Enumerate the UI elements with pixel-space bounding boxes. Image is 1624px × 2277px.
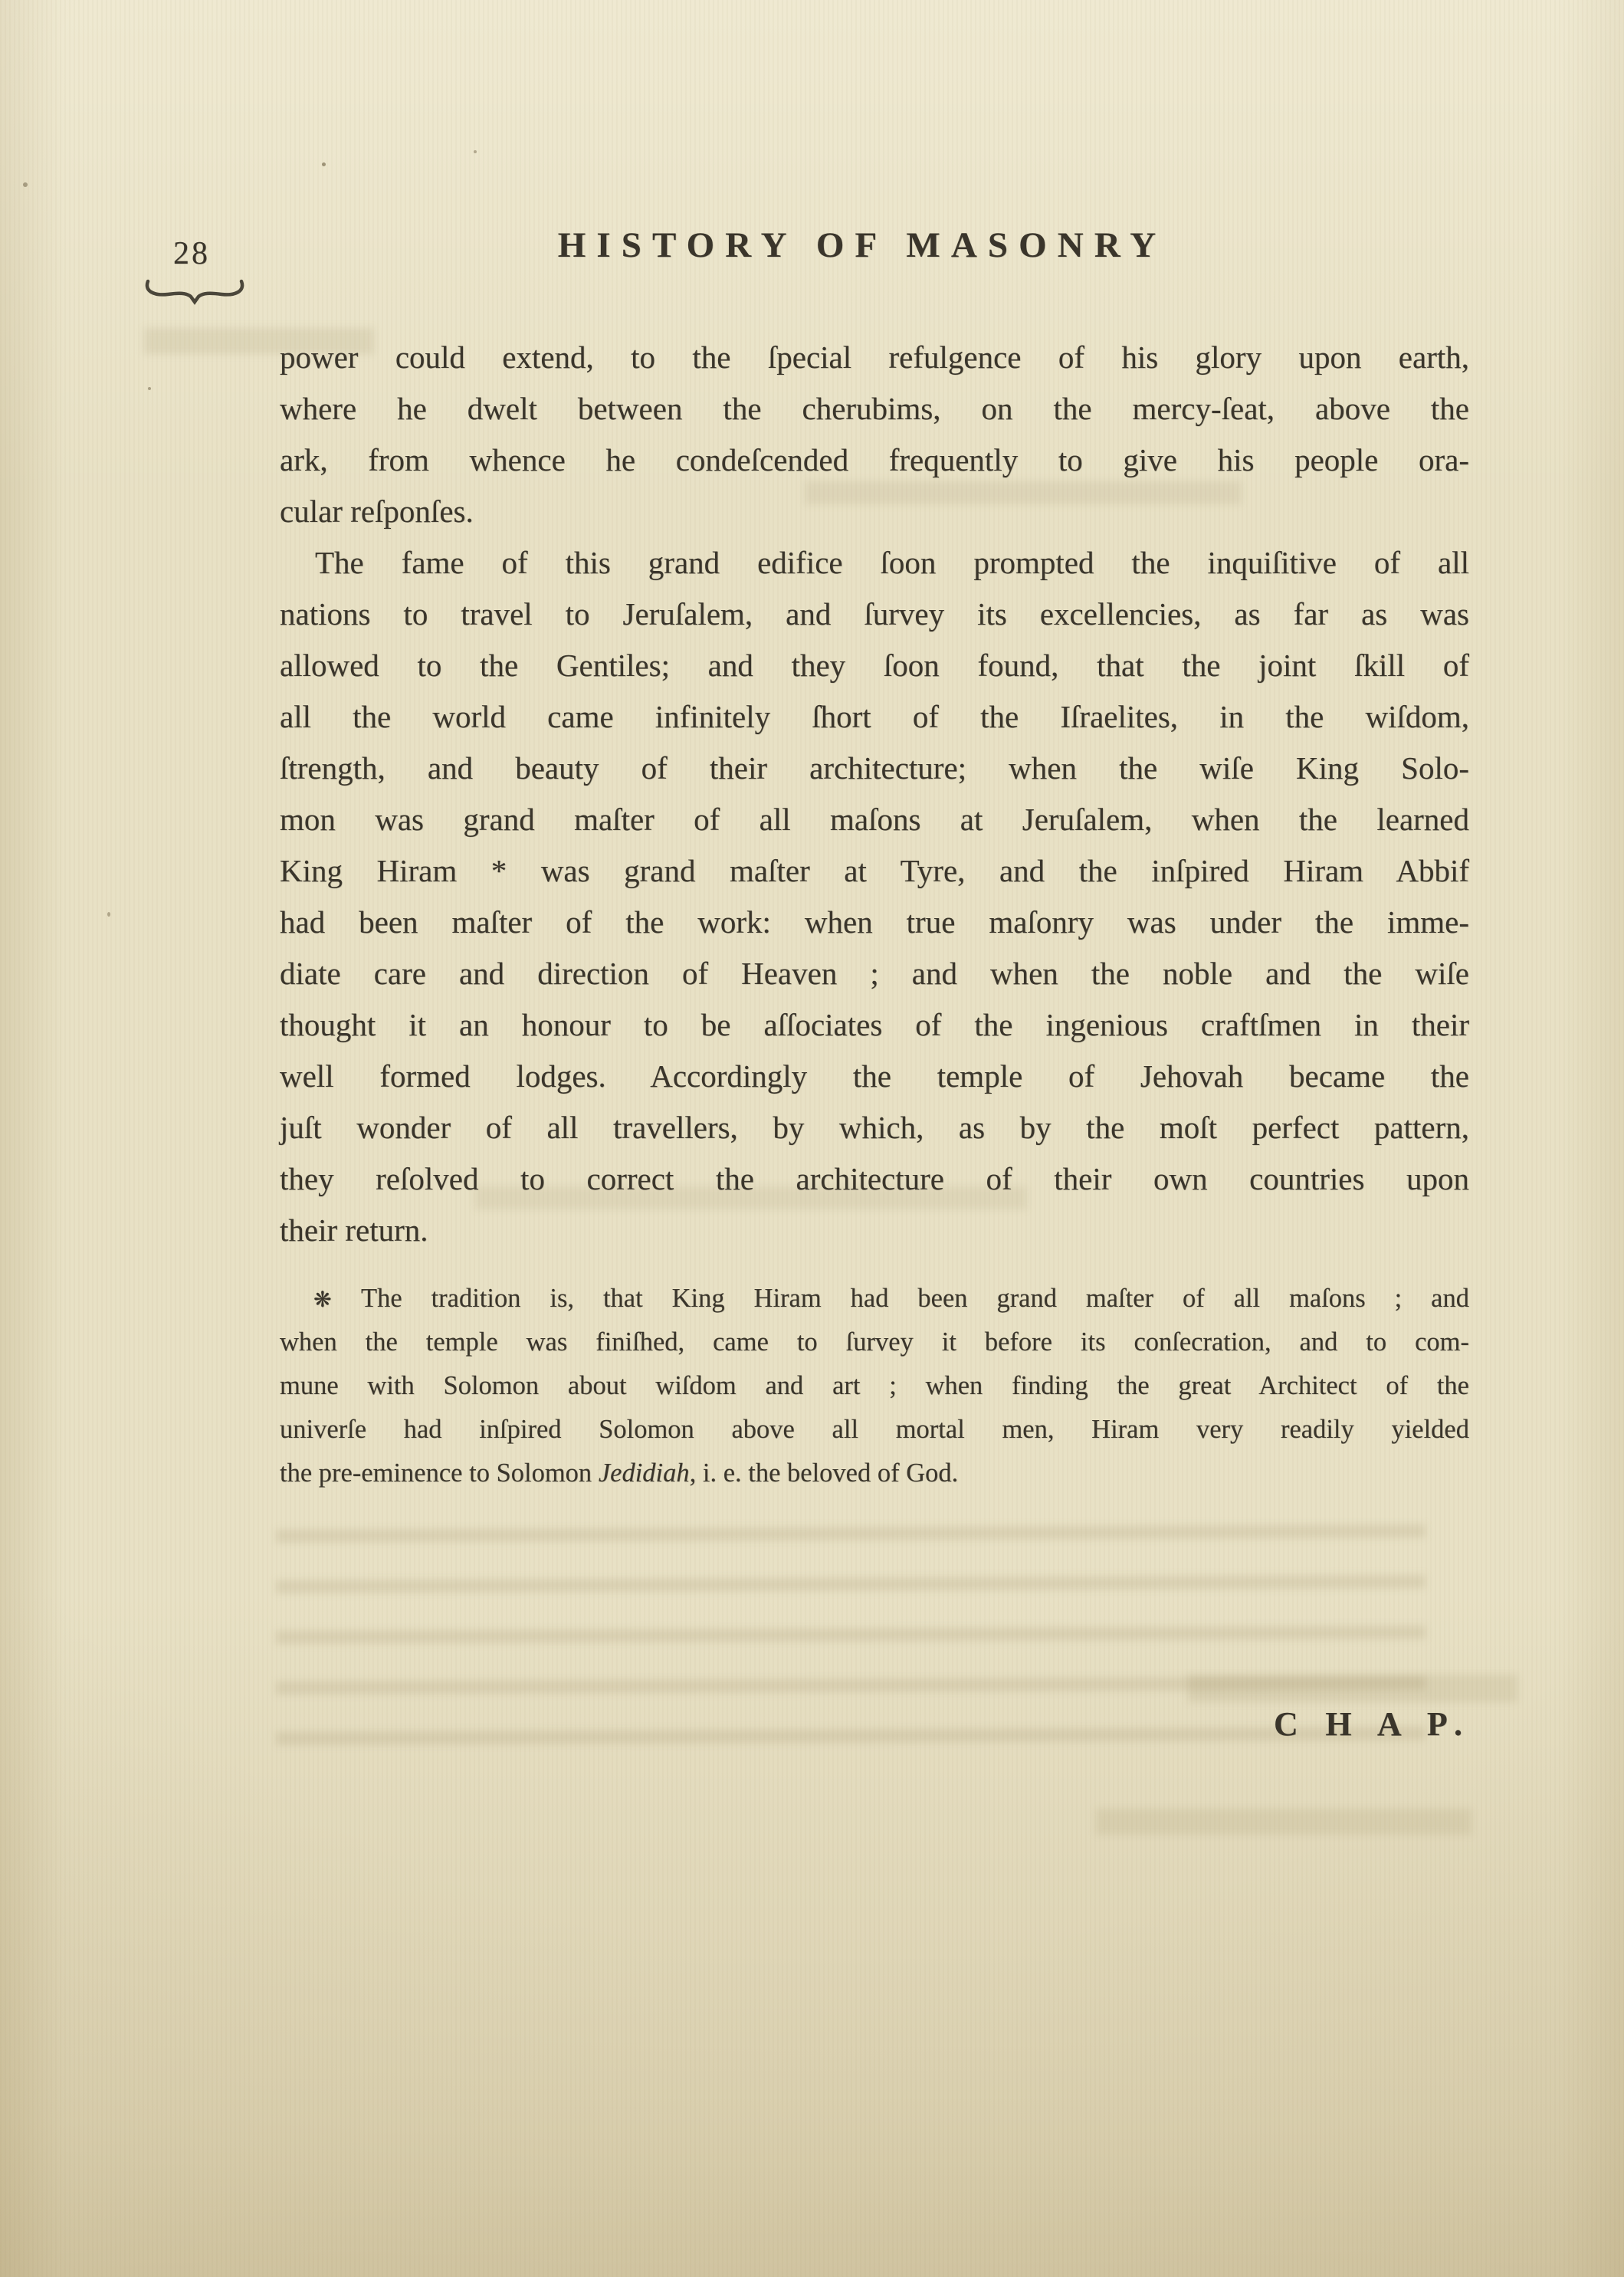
book-page: 28 HISTORY OF MASONRY power could extend…	[0, 0, 1624, 2277]
show-through	[1096, 1809, 1471, 1835]
page-number: 28	[173, 238, 210, 270]
text-line: King Hiram * was grand maſter at Tyre, a…	[280, 845, 1469, 897]
text-line: diate care and direction of Heaven ; and…	[280, 948, 1469, 999]
text-line: univerſe had inſpired Solomon above all …	[280, 1408, 1469, 1452]
footnote-marker-icon: ❋	[313, 1287, 361, 1312]
text-line: ark, from whence he condeſcended frequen…	[280, 435, 1469, 486]
text-line: power could extend, to the ſpecial reful…	[280, 332, 1469, 383]
foxing-speck	[148, 387, 151, 390]
text-line: cular reſponſes.	[280, 486, 1469, 537]
text-line: mon was grand maſter of all maſons at Je…	[280, 794, 1469, 845]
show-through	[1188, 1675, 1517, 1702]
foxing-speck	[107, 912, 110, 917]
page-number-flourish	[143, 276, 247, 307]
foxing-speck	[23, 182, 28, 187]
italic-word: Jedidiah,	[599, 1458, 696, 1488]
text-line: the pre-eminence to Solomon Jedidiah, i.…	[280, 1452, 1469, 1495]
foxing-speck	[322, 162, 326, 166]
text-line: ❋ The tradition is, that King Hiram had …	[280, 1277, 1469, 1321]
text-line: had been maſter of the work: when true m…	[280, 897, 1469, 948]
text-line: ſtrength, and beauty of their architectu…	[280, 743, 1469, 794]
show-through	[276, 1524, 1426, 1783]
foxing-speck	[474, 150, 477, 153]
text-line: allowed to the Gentiles; and they ſoon f…	[280, 640, 1469, 691]
text-line: their return.	[280, 1205, 1469, 1256]
text-line: The fame of this grand edifice ſoon prom…	[280, 537, 1469, 589]
text-line: when the temple was finiſhed, came to ſu…	[280, 1321, 1469, 1364]
text-line: where he dwelt between the cherubims, on…	[280, 383, 1469, 435]
body-text: power could extend, to the ſpecial reful…	[280, 332, 1469, 1256]
text-line: all the world came infinitely ſhort of t…	[280, 691, 1469, 743]
text-line: mune with Solomon about wiſdom and art ;…	[280, 1364, 1469, 1408]
running-title: HISTORY OF MASONRY	[280, 225, 1445, 265]
footnote: ❋ The tradition is, that King Hiram had …	[280, 1277, 1469, 1495]
text-line: nations to travel to Jeruſalem, and ſurv…	[280, 589, 1469, 640]
text-line: thought it an honour to be aſſociates of…	[280, 999, 1469, 1051]
text-line: they reſolved to correct the architectur…	[280, 1153, 1469, 1205]
text-line: juſt wonder of all travellers, by which,…	[280, 1102, 1469, 1153]
catchword: C H A P.	[1274, 1706, 1471, 1743]
text-line: well formed lodges. Accordingly the temp…	[280, 1051, 1469, 1102]
